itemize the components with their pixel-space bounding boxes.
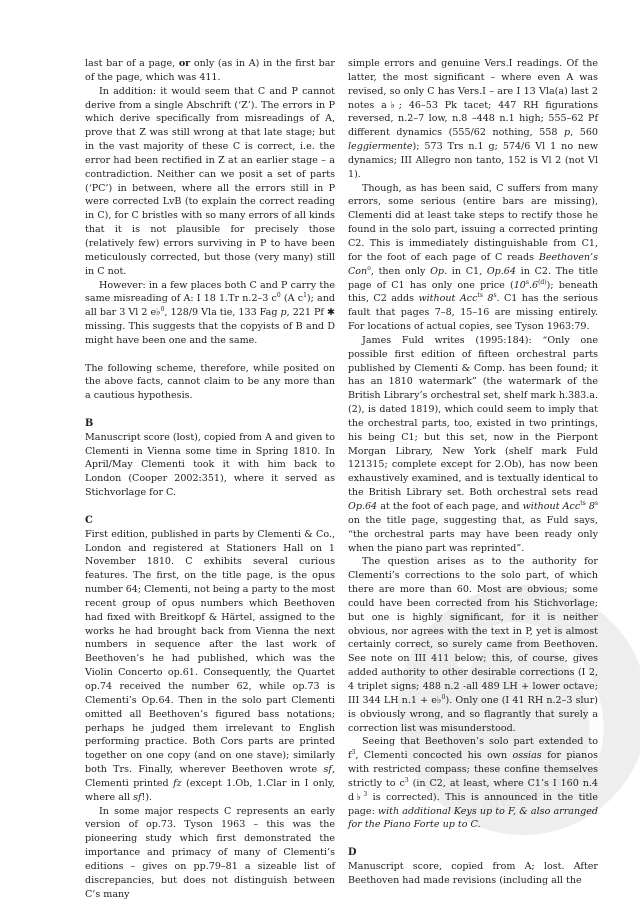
italic-text: ossias: [513, 750, 542, 761]
section-heading: D: [348, 846, 598, 860]
superscript: s: [595, 500, 598, 507]
paragraph: However: in a few places both C and P ca…: [85, 279, 335, 348]
superscript: (d): [538, 279, 547, 286]
left-column: last bar of a page, or only (as in A) in…: [85, 57, 335, 901]
text-run: in C1,: [447, 266, 487, 277]
text-run: !).: [142, 792, 153, 803]
section-heading: C: [85, 514, 335, 528]
text-run: Manuscript score, copied from A; lost. A…: [348, 861, 598, 886]
section-heading: B: [85, 417, 335, 431]
text-run: Though, as has been said, C suffers from…: [348, 183, 598, 263]
text-run: The following scheme, therefore, while p…: [85, 363, 335, 402]
text-run: on the title page, suggesting that, as F…: [348, 515, 598, 554]
italic-text: Op.: [430, 266, 447, 277]
paragraph: In addition: it would seem that C and P …: [85, 85, 335, 279]
paragraph: The following scheme, therefore, while p…: [85, 362, 335, 404]
paragraph: Seeing that Beethoven’s solo part extend…: [348, 735, 598, 832]
right-column: simple errors and genuine Vers.I reading…: [348, 57, 598, 888]
text-run: James Fuld writes (1995:184): “Only one …: [348, 335, 598, 498]
italic-text: Op.64: [487, 266, 516, 277]
text-run: In addition: it would seem that C and P …: [85, 86, 335, 277]
text-run: , Clementi concocted his own: [355, 750, 512, 761]
italic-text: 10: [514, 280, 526, 291]
text-run: , 128/9 Vla tie, 133 Fag: [164, 307, 280, 318]
text-run: (A c: [281, 293, 303, 304]
paragraph: last bar of a page, or only (as in A) in…: [85, 57, 335, 85]
italic-text: .6: [529, 280, 538, 291]
italic-text: with additional Keys up to F, & also arr…: [348, 806, 598, 831]
italic-text: sf: [133, 792, 141, 803]
text-run: , then only: [371, 266, 430, 277]
paragraph: First edition, published in parts by Cle…: [85, 528, 335, 805]
text-run: or: [179, 58, 190, 69]
text-run: First edition, published in parts by Cle…: [85, 529, 335, 775]
italic-text: 8: [483, 293, 494, 304]
italic-text: Op.64: [348, 501, 377, 512]
italic-text: without Acc: [523, 501, 581, 512]
paragraph: The question arises as to the authority …: [348, 555, 598, 735]
text-run: last bar of a page,: [85, 58, 179, 69]
text-run: simple errors and genuine Vers.I reading…: [348, 58, 598, 138]
text-run: at the foot of each page, and: [377, 501, 522, 512]
italic-text: fz: [173, 778, 182, 789]
italic-text: 8: [586, 501, 595, 512]
paragraph: Though, as has been said, C suffers from…: [348, 182, 598, 334]
text-run: In some major respects C represents an e…: [85, 806, 335, 900]
paragraph: Manuscript score, copied from A; lost. A…: [348, 860, 598, 888]
paragraph: In some major respects C represents an e…: [85, 805, 335, 902]
paragraph: simple errors and genuine Vers.I reading…: [348, 57, 598, 182]
italic-text: leggiermente: [348, 141, 413, 152]
paragraph: James Fuld writes (1995:184): “Only one …: [348, 334, 598, 556]
paragraph: Manuscript score (lost), copied from A a…: [85, 431, 335, 500]
italic-text: sf: [324, 764, 332, 775]
text-run: , 560: [570, 127, 598, 138]
text-run: Manuscript score (lost), copied from A a…: [85, 432, 335, 498]
italic-text: without Acc: [418, 293, 477, 304]
text-run: The question arises as to the authority …: [348, 556, 598, 705]
